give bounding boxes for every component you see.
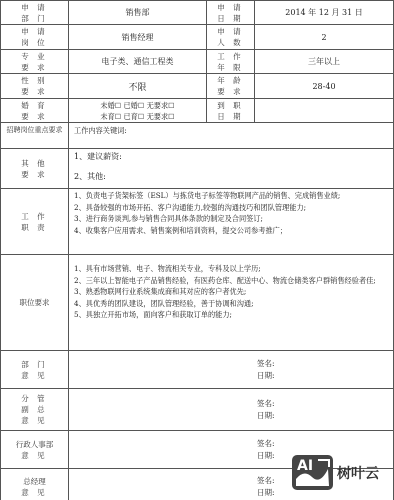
value-key-requirements[interactable]: 工作内容关键词:	[69, 123, 394, 149]
row-key-requirements: 招聘岗位重点要求 工作内容关键词:	[1, 123, 394, 149]
value-position[interactable]: 销售经理	[69, 25, 207, 50]
label-duties: 工 作职 责	[1, 189, 69, 255]
value-department[interactable]: 销售部	[69, 1, 207, 25]
label-hr-opinion: 行政人事部意 见	[1, 431, 69, 469]
watermark-text: 树叶云	[337, 463, 379, 483]
label-position: 申 请岗 位	[1, 25, 69, 50]
label-start-date: 到 职日 期	[207, 99, 255, 123]
duty-item: 1、负责电子货架标签（ESL）与拣货电子标签等物联网产品的销售、完成销售业绩;	[74, 190, 393, 202]
label-dept-opinion: 部 门意 见	[1, 351, 69, 389]
row-vp-opinion: 分 管副 总意 见 签名:日期:	[1, 389, 394, 431]
requirement-item: 5、具独立开拓市场，面向客户和获取订单的能力;	[74, 309, 387, 321]
row-major-experience: 专 业要 求 电子类、通信工程类 工 作年 限 三年以上	[1, 50, 394, 74]
dept-signature-area[interactable]: 签名:日期:	[69, 351, 394, 389]
label-gm-opinion: 总经理意 见	[1, 469, 69, 500]
ai-image-icon: AI	[292, 455, 333, 490]
requirement-item: 3、熟悉物联网行业系统集成商和其对应的客户者优先;	[74, 286, 387, 298]
recruitment-application-form: 申 请部 门 销售部 申 请日 期 2014 年 12 月 31 日 申 请岗 …	[0, 0, 394, 500]
duty-item: 3、进行商务谈判,参与销售合同具体条款的制定及合同签订;	[74, 213, 393, 225]
value-age[interactable]: 28-40	[255, 74, 394, 99]
value-work-years[interactable]: 三年以上	[255, 50, 394, 74]
label-age: 年 龄要 求	[207, 74, 255, 99]
value-headcount[interactable]: 2	[255, 25, 394, 50]
value-major[interactable]: 电子类、通信工程类	[69, 50, 207, 74]
label-position-requirements: 职位要求	[1, 255, 69, 351]
requirement-item: 1、具有市场营销、电子、物流相关专业，专科及以上学历;	[74, 263, 387, 275]
row-position-count: 申 请岗 位 销售经理 申 请人 数 2	[1, 25, 394, 50]
value-apply-date[interactable]: 2014 年 12 月 31 日	[255, 1, 394, 25]
label-vp-opinion: 分 管副 总意 见	[1, 389, 69, 431]
row-dept-opinion: 部 门意 见 签名:日期:	[1, 351, 394, 389]
label-major: 专 业要 求	[1, 50, 69, 74]
value-start-date[interactable]	[255, 99, 394, 123]
label-gender: 性 别要 求	[1, 74, 69, 99]
label-headcount: 申 请人 数	[207, 25, 255, 50]
label-key-requirements: 招聘岗位重点要求	[1, 123, 69, 149]
duty-item: 4、收集客户应用需求、销售案例和培训资料，提交公司参考推广；	[74, 225, 393, 237]
label-marital: 婚 育要 求	[1, 99, 69, 123]
row-other-requirements: 其 他要 求 1、建议薪资:2、其他:	[1, 149, 394, 189]
label-department: 申 请部 门	[1, 1, 69, 25]
row-duties: 工 作职 责 1、负责电子货架标签（ESL）与拣货电子标签等物联网产品的销售、完…	[1, 189, 394, 255]
value-position-requirements[interactable]: 1、具有市场营销、电子、物流相关专业，专科及以上学历; 2、三年以上智能电子产品…	[69, 255, 394, 351]
value-gender[interactable]: 不限	[69, 74, 207, 99]
row-marital-startdate: 婚 育要 求 未婚☐ 已婚☐ 无要求☐未育☐ 已育☐ 无要求☐ 到 职日 期	[1, 99, 394, 123]
duty-item: 2、具备较强的市场开拓、客户沟通能力,较强的沟通技巧和团队管理能力;	[74, 202, 393, 214]
value-duties[interactable]: 1、负责电子货架标签（ESL）与拣货电子标签等物联网产品的销售、完成销售业绩; …	[69, 189, 394, 255]
label-apply-date: 申 请日 期	[207, 1, 255, 25]
vp-signature-area[interactable]: 签名:日期:	[69, 389, 394, 431]
requirement-item: 2、三年以上智能电子产品销售经验，有医药仓库、配送中心、物流仓储类客户群销售经验…	[74, 275, 387, 287]
label-other-requirements: 其 他要 求	[1, 149, 69, 189]
marital-checkboxes[interactable]: 未婚☐ 已婚☐ 无要求☐未育☐ 已育☐ 无要求☐	[69, 99, 207, 123]
watermark-logo: AI 树叶云	[292, 455, 379, 490]
label-work-years: 工 作年 限	[207, 50, 255, 74]
row-department-date: 申 请部 门 销售部 申 请日 期 2014 年 12 月 31 日	[1, 1, 394, 25]
requirement-item: 4、具优秀的团队建设，团队管理经验，善于协调和沟通;	[74, 298, 387, 310]
row-position-requirements: 职位要求 1、具有市场营销、电子、物流相关专业，专科及以上学历; 2、三年以上智…	[1, 255, 394, 351]
value-other-requirements[interactable]: 1、建议薪资:2、其他:	[69, 149, 394, 189]
row-gender-age: 性 别要 求 不限 年 龄要 求 28-40	[1, 74, 394, 99]
